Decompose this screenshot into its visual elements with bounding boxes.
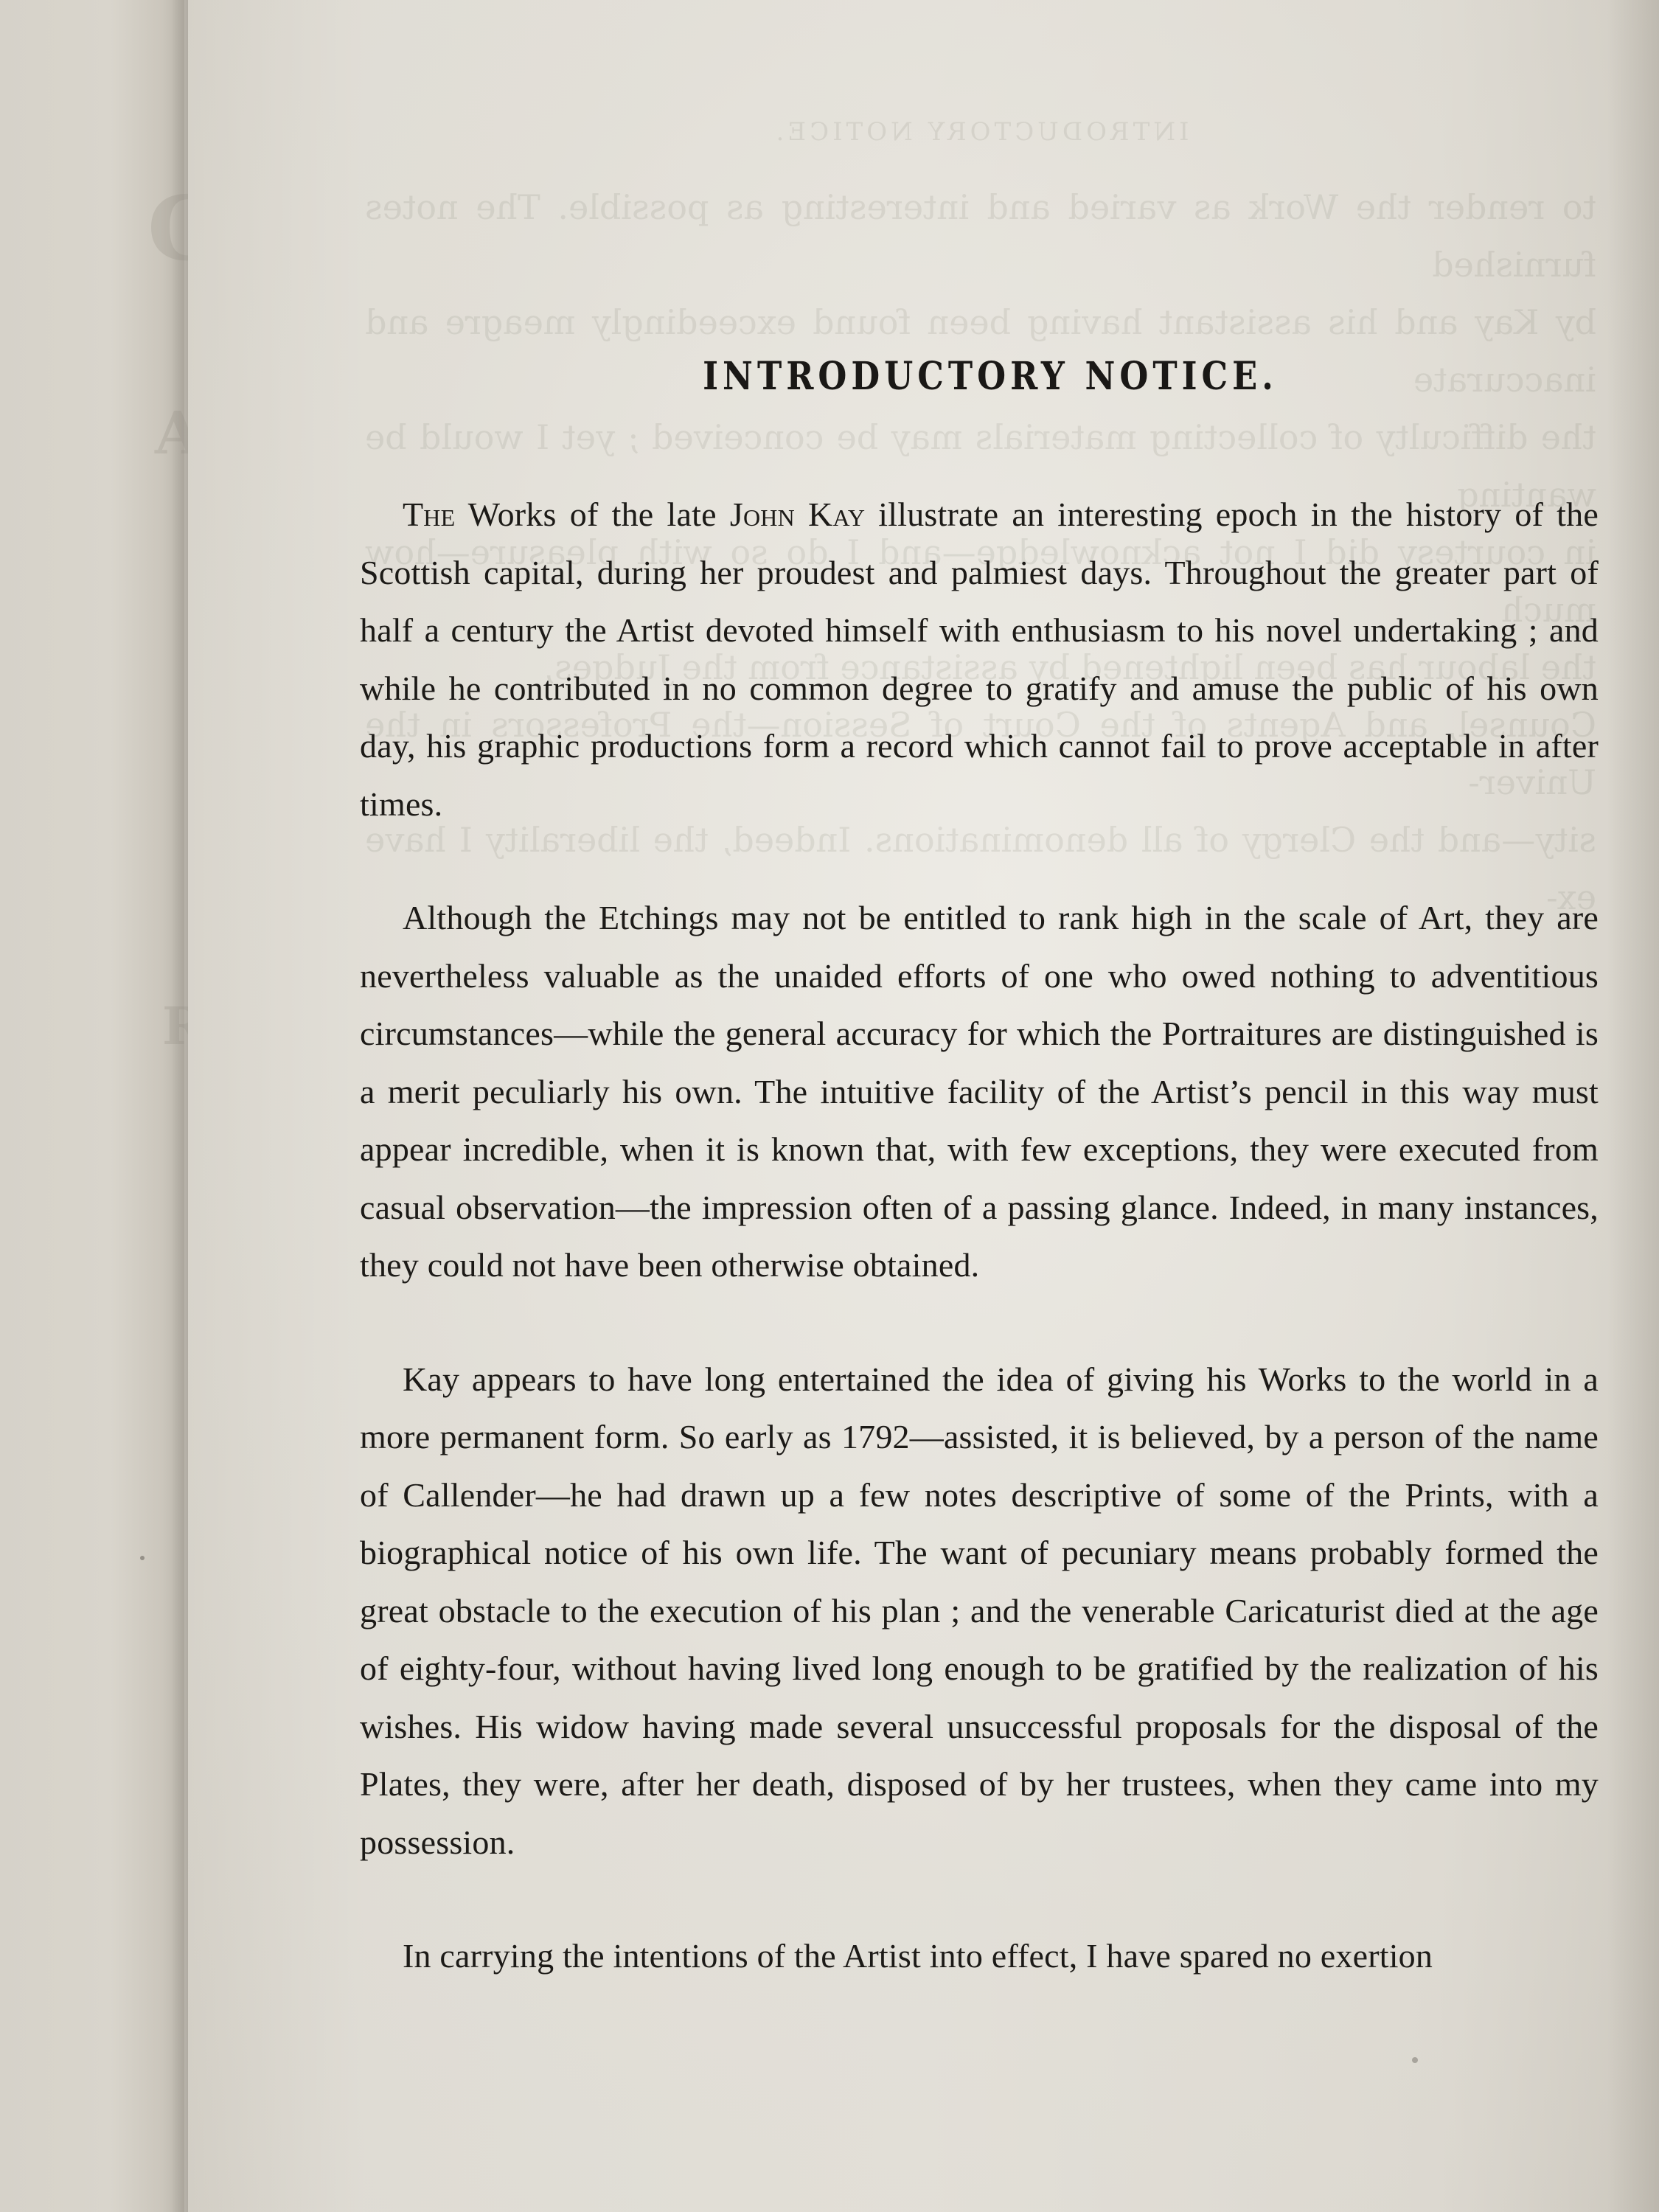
paragraph-2: Although the Etchings may not be entitle… (360, 889, 1599, 1295)
paragraph-1: The Works of the late John Kay illustrat… (360, 486, 1599, 833)
document-body: INTRODUCTORY NOTICE. The Works of the la… (360, 354, 1599, 1986)
bleed-through-line: to render the Work as varied and interes… (365, 178, 1596, 293)
paragraph-3: Kay appears to have long entertained the… (360, 1351, 1599, 1872)
paragraph-text: illustrate an interesting epoch in the h… (360, 495, 1599, 823)
artist-name-smallcaps: John Kay (730, 495, 865, 533)
opening-smallcaps-word: The (403, 495, 455, 533)
left-facing-page: GE A RAP (0, 0, 184, 2212)
page-edge-shadow (1607, 0, 1659, 2212)
bleed-through-heading: INTRODUCTORY NOTICE. (365, 103, 1596, 161)
paragraph-4: In carrying the intentions of the Artist… (360, 1927, 1599, 1986)
ink-speck (140, 1556, 145, 1560)
ink-speck (1412, 2057, 1418, 2063)
book-spread: GE A RAP INTRODUCTORY NOTICE. to render … (0, 0, 1659, 2212)
page-title: INTRODUCTORY NOTICE. (467, 354, 1514, 399)
paragraph-text: Works of the late (455, 495, 730, 533)
